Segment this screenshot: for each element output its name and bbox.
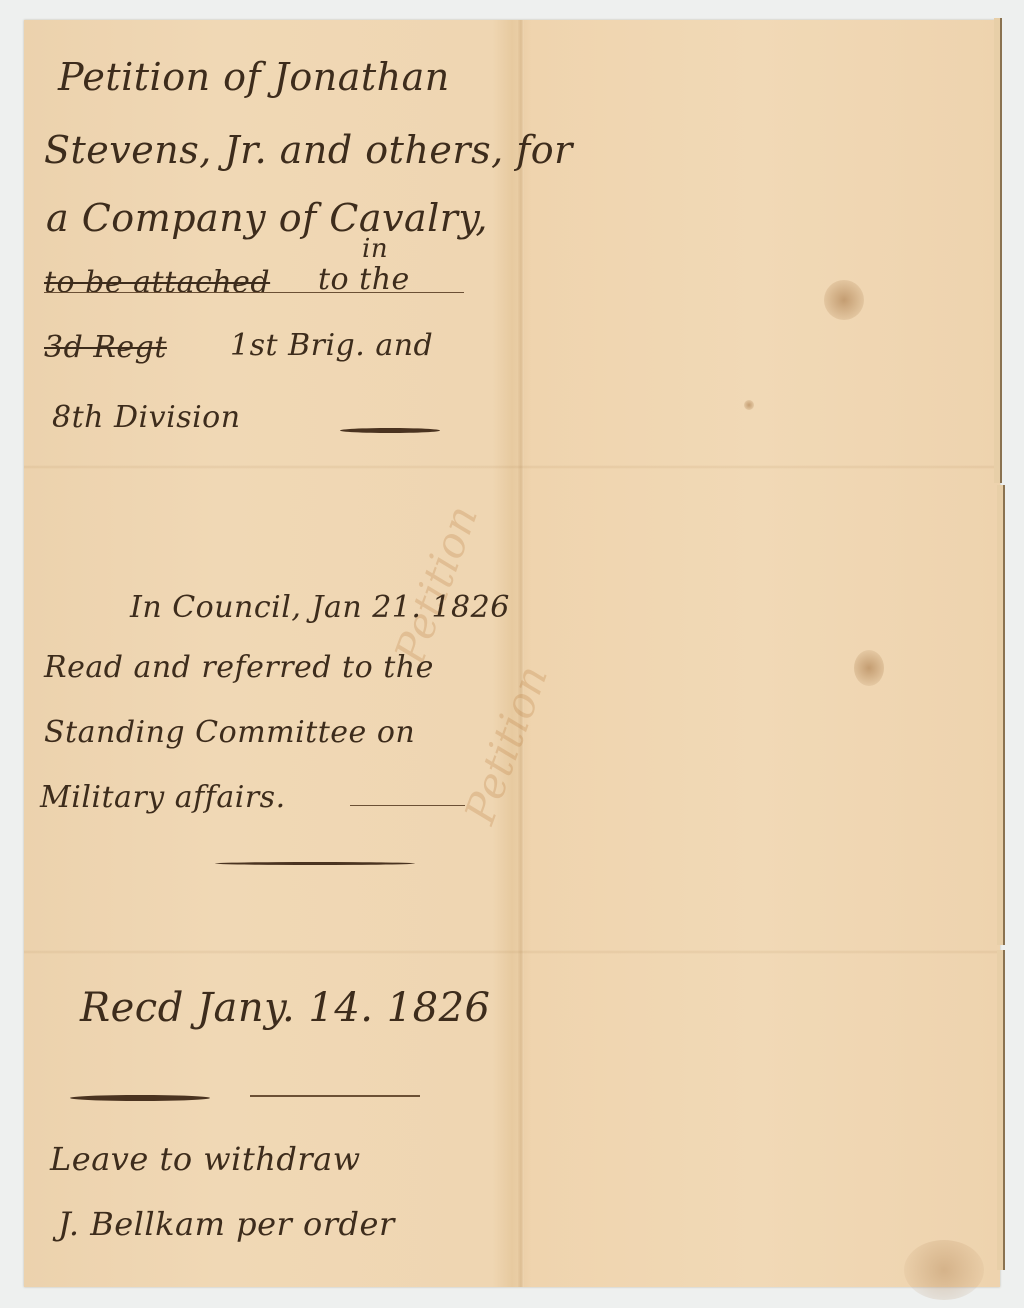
stain <box>854 650 884 686</box>
docket-line-5: 1st Brig. and <box>230 328 433 363</box>
docket-title-line-2: Stevens, Jr. and others, for <box>44 128 573 172</box>
horizontal-fold <box>24 465 1000 469</box>
stain <box>824 280 864 320</box>
struck-regiment: 3d Regt <box>44 330 167 365</box>
rule <box>44 292 464 293</box>
council-line-3: Military affairs. <box>40 780 286 815</box>
page-edge <box>994 18 1002 483</box>
ink-flourish <box>340 428 440 433</box>
rule <box>350 805 465 806</box>
page-edge <box>997 485 1005 945</box>
ink-flourish <box>215 862 415 865</box>
page-edge <box>997 950 1005 1270</box>
received-date: Recd Jany. 14. 1826 <box>80 985 491 1031</box>
rule <box>250 1095 420 1097</box>
docket-title-line-3: a Company of Cavalry, <box>46 196 488 240</box>
council-line-1: Read and referred to the <box>44 650 434 685</box>
stain <box>744 400 754 410</box>
docket-line-6: 8th Division <box>52 400 241 435</box>
stain <box>904 1240 984 1300</box>
insertion-text: in <box>362 234 388 264</box>
council-heading: In Council, Jan 21. 1826 <box>130 590 510 625</box>
leave-line-2: J. Bellkam per order <box>58 1205 395 1243</box>
center-fold <box>518 20 524 1287</box>
right-page <box>521 20 1000 1287</box>
struck-phrase: to be attached <box>44 265 270 300</box>
council-line-2: Standing Committee on <box>44 715 415 750</box>
leave-line-1: Leave to withdraw <box>50 1140 361 1178</box>
horizontal-fold <box>24 950 1000 954</box>
ink-flourish <box>70 1095 210 1101</box>
docket-title-line-1: Petition of Jonathan <box>58 55 450 99</box>
